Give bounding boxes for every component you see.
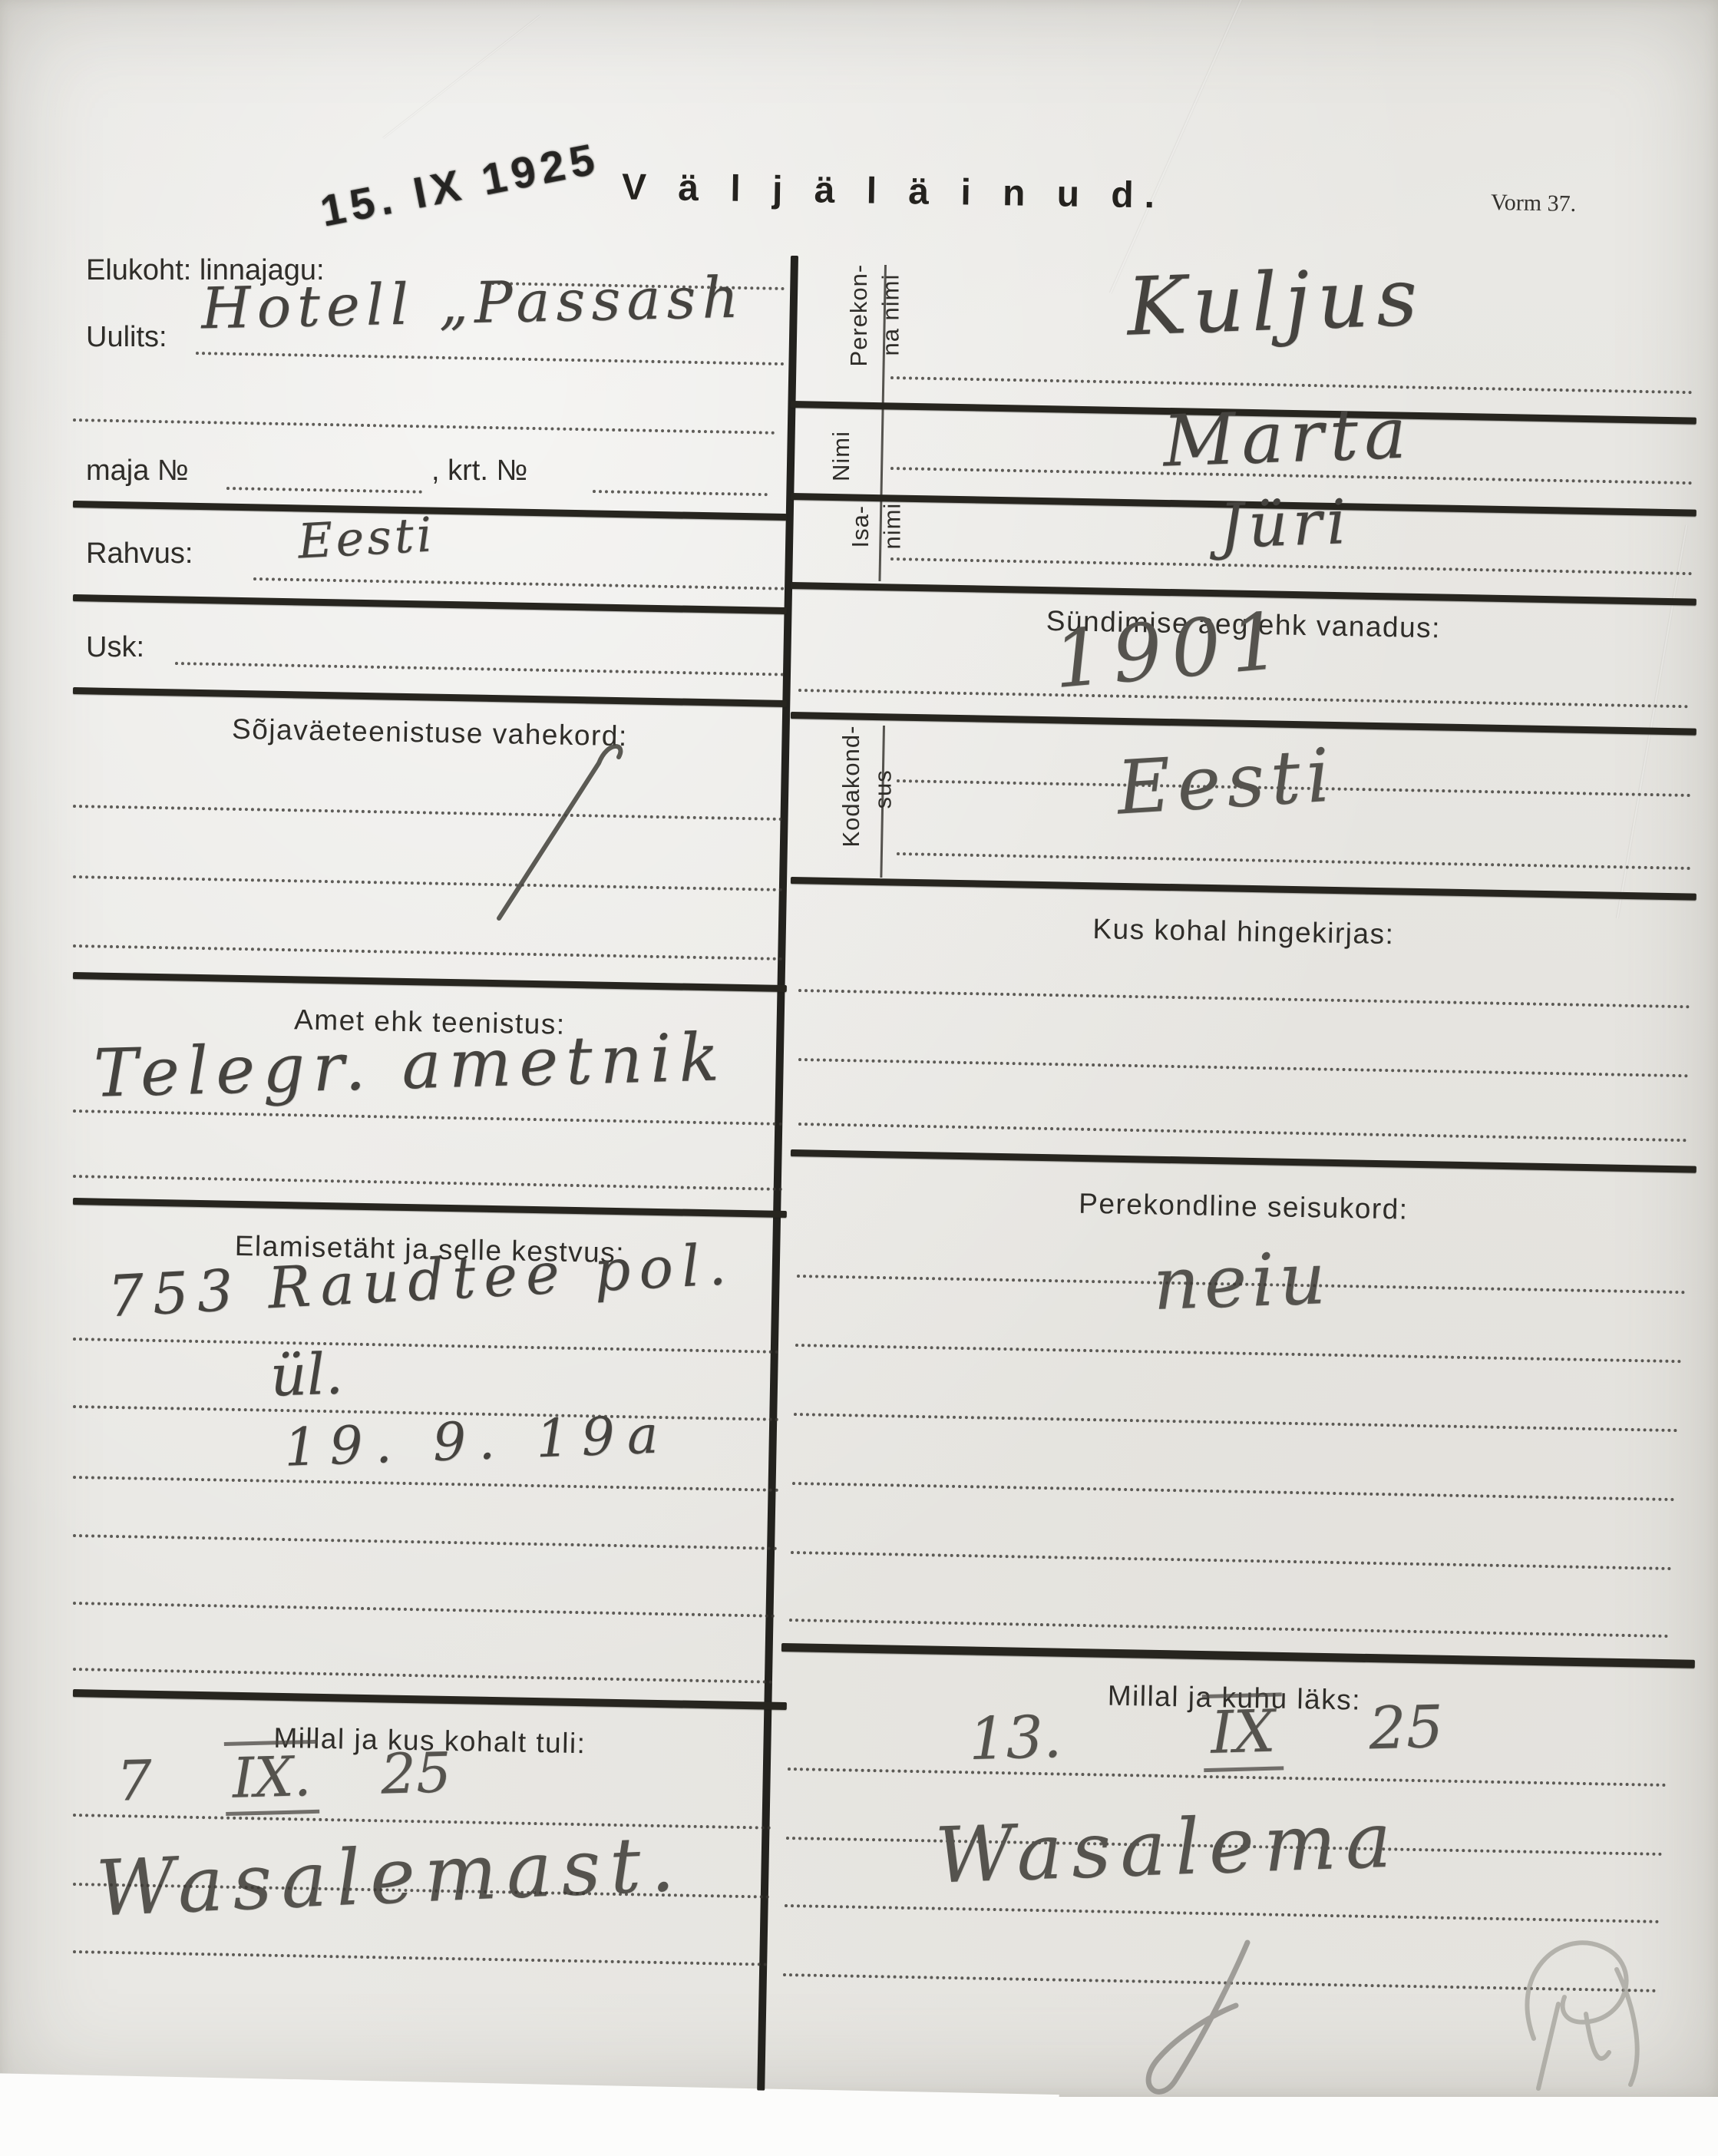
dotted-line [73,1175,783,1191]
paper-crease [382,15,541,139]
field-label-perekonnanimi-line1: Perekon- [845,263,872,366]
handwriting-street: Hotell „Passash [200,265,745,342]
handwriting-residence-permit-2: ül. [269,1341,345,1409]
handwriting-residence-permit-3: 19. 9. 19a [283,1404,672,1479]
dotted-line [226,487,422,494]
dotted-line [73,875,783,891]
section-rule [73,687,787,707]
section-rule [791,877,1697,901]
paper-crease [1109,0,1243,294]
handwriting-arrival-day: 7 [116,1748,153,1814]
section-rule [73,972,787,992]
field-label-hingekiri: Kus kohal hingekirjas: [798,908,1690,956]
handwriting-arrival-date: 7 IX. 25 [116,1740,452,1813]
field-label-maja-nr: maja № [86,455,189,488]
handwriting-departure-year: 25 [1368,1692,1444,1763]
dotted-line [175,662,785,676]
handwriting-first-name: Marta [1161,392,1413,482]
dotted-line [798,1123,1687,1142]
field-label-rahvus: Rahvus: [86,537,193,570]
handwriting-surname: Kuljus [1125,250,1426,353]
handwriting-departure-place: Wasalema [933,1794,1402,1900]
dotted-line [73,1109,783,1126]
dotted-line [73,1950,768,1966]
dotted-line [794,1413,1678,1432]
section-rule [781,1643,1695,1668]
dotted-line [73,1668,773,1684]
dotted-line [593,490,768,496]
field-label-sojavagi: Sõjaväeteenistuse vahekord: [73,710,788,756]
form-title: V ä l j ä l ä i n u d. [622,166,1166,217]
field-label-perekonnanimi-line2: na nimi [877,274,904,356]
dotted-line [73,1534,778,1550]
field-label-isanimi-line2: nimi [879,503,906,550]
handwriting-arrival-year: 25 [380,1740,452,1806]
handwriting-arrival-place: Wasalemast. [94,1818,686,1933]
dotted-line [73,1338,779,1354]
handwriting-slash-mark [468,737,637,937]
handwriting-birth-year: 1901 [1049,595,1293,706]
paper-crease [1616,525,1688,919]
field-label-usk: Usk: [86,631,144,664]
handwriting-occupation: Telegr. ametnik [93,1019,728,1113]
handwriting-nationality: Eesti [296,506,436,569]
dotted-line [795,1344,1682,1363]
dotted-line [73,418,775,435]
dotted-line [73,805,783,821]
field-label-uulits: Uulits: [86,321,167,354]
dotted-line [789,1619,1669,1638]
field-label-nimi: Nimi [825,421,857,491]
dotted-line [890,376,1693,394]
form-number: Vorm 37. [1491,190,1577,217]
dotted-line [73,1602,775,1618]
dotted-line [798,689,1689,708]
paper-bottom-edge [0,2073,1059,2097]
field-label-kodakondsus-line1: Kodakond- [838,726,864,848]
dotted-line [792,1482,1675,1501]
dotted-line [798,1058,1689,1077]
scanned-form-paper: 15. IX 1925 V ä l j ä l ä i n u d. Vorm … [0,0,1718,2097]
field-label-kodakondsus-line2: sus [870,769,897,808]
section-rule [73,1198,787,1218]
dotted-line [73,1476,779,1492]
handwriting-departure-month: IX [1202,1692,1284,1772]
field-label-isanimi-line1: Isa- [847,504,874,547]
handwriting-citizenship: Eesti [1115,732,1339,831]
dotted-line [196,352,785,365]
dotted-line [253,577,785,590]
field-label-seisukord: Perekondline seisukord: [798,1182,1690,1231]
dotted-line [890,557,1693,575]
field-label-isanimi: Isa- nimi [812,501,940,581]
dotted-line [798,989,1690,1008]
handwriting-arrival-month: IX. [223,1740,319,1816]
dotted-line [73,944,783,961]
dotted-line [785,1904,1660,1923]
column-divider-line [757,256,798,2091]
section-rule [73,594,787,614]
pencil-signature-initial [1121,1935,1282,2096]
pencil-signature-initial [1443,1923,1666,2097]
section-rule [73,1689,787,1710]
dotted-line [897,852,1691,870]
section-rule [791,1149,1697,1173]
field-label-krt-nr: , krt. № [431,455,527,488]
date-stamp: 15. IX 1925 [316,133,603,236]
handwriting-departure-day: 13. [968,1702,1062,1773]
dotted-line [791,1551,1672,1570]
handwriting-father-name: Jüri [1217,486,1352,562]
handwriting-departure-date: 13. IX 25 [968,1692,1444,1773]
